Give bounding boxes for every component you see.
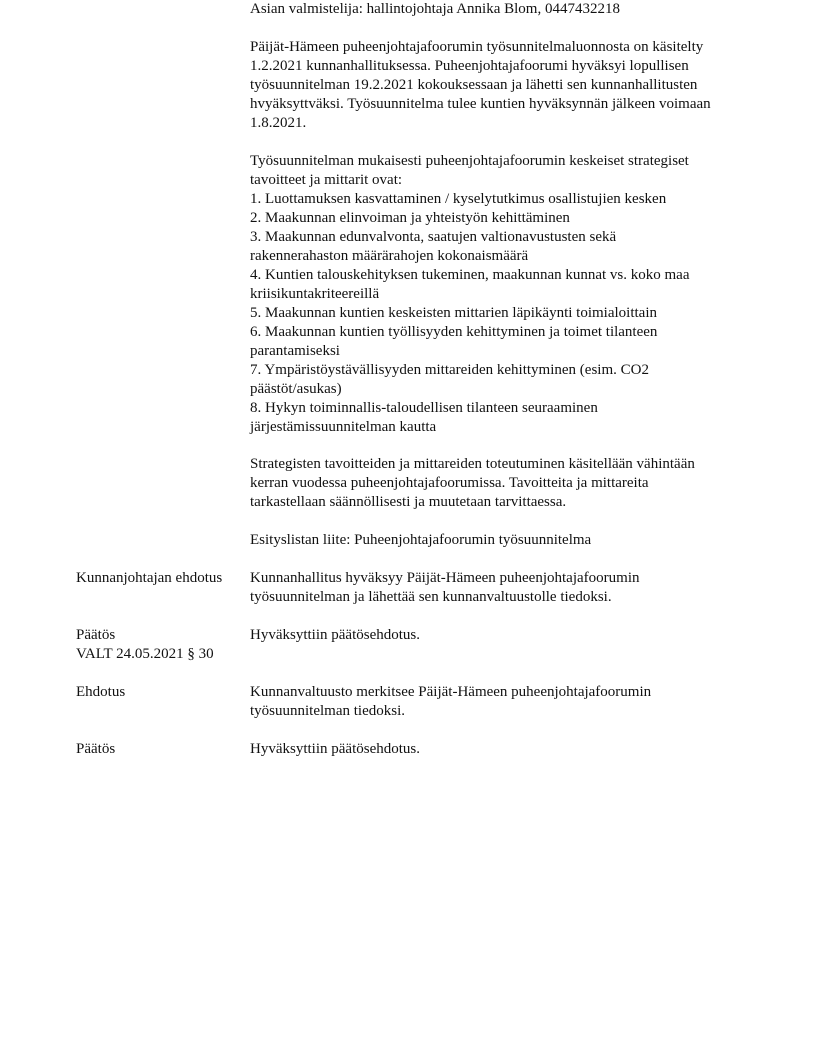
goals-intro-line: tavoitteet ja mittarit ovat: (250, 171, 750, 190)
section-line: työsuunnitelman ja lähettää sen kunnanva… (250, 588, 750, 607)
goal-item-7: 7. Ympäristöystävällisyyden mittareiden … (250, 361, 750, 380)
goal-item-7-cont: päästöt/asukas) (250, 380, 750, 399)
goals-section: Työsuunnitelman mukaisesti puheenjohtaja… (250, 152, 750, 437)
goal-item-3-cont: rakennerahaston määrärahojen kokonaismää… (250, 247, 750, 266)
review-line: kerran vuodessa puheenjohtajafoorumissa.… (250, 474, 750, 493)
section-line: Hyväksyttiin päätösehdotus. (250, 740, 750, 759)
label-line: Ehdotus (76, 683, 125, 702)
goal-item-2: 2. Maakunnan elinvoiman ja yhteistyön ke… (250, 209, 750, 228)
review-paragraph: Strategisten tavoitteiden ja mittareiden… (250, 455, 750, 512)
section-text-mayor-proposal: Kunnanhallitus hyväksyy Päijät-Hämeen pu… (250, 569, 750, 607)
intro-line: 1.8.2021. (250, 114, 750, 133)
attachment-text: Esityslistan liite: Puheenjohtajafoorumi… (250, 531, 750, 550)
intro-line: 1.2.2021 kunnanhallituksessa. Puheenjoht… (250, 57, 750, 76)
label-line: Päätös (76, 626, 214, 645)
label-line: Päätös (76, 740, 115, 759)
label-line: Kunnanjohtajan ehdotus (76, 569, 222, 588)
section-label-proposal: Ehdotus (76, 683, 125, 702)
intro-paragraph: Päijät-Hämeen puheenjohtajafoorumin työs… (250, 38, 750, 133)
section-text-decision-1: Hyväksyttiin päätösehdotus. (250, 626, 750, 645)
section-label-decision-1: Päätös VALT 24.05.2021 § 30 (76, 626, 214, 664)
goal-item-8-cont: järjestämissuunnitelman kautta (250, 418, 750, 437)
attachment-line: Esityslistan liite: Puheenjohtajafoorumi… (250, 531, 750, 550)
goal-item-6: 6. Maakunnan kuntien työllisyyden kehitt… (250, 323, 750, 342)
section-line: Hyväksyttiin päätösehdotus. (250, 626, 750, 645)
goal-item-8: 8. Hykyn toiminnallis-taloudellisen tila… (250, 399, 750, 418)
section-line: työsuunnitelman tiedoksi. (250, 702, 750, 721)
document-page: Asian valmistelija: hallintojohtaja Anni… (0, 0, 816, 1056)
section-label-mayor-proposal: Kunnanjohtajan ehdotus (76, 569, 222, 588)
intro-line: hvyäksyttväksi. Työsuunnitelma tulee kun… (250, 95, 750, 114)
preparer-text: Asian valmistelija: hallintojohtaja Anni… (250, 0, 750, 19)
review-line: tarkastellaan säännöllisesti ja muutetaa… (250, 493, 750, 512)
goal-item-4-cont: kriisikuntakriteereillä (250, 285, 750, 304)
label-line: VALT 24.05.2021 § 30 (76, 645, 214, 664)
section-line: Kunnanvaltuusto merkitsee Päijät-Hämeen … (250, 683, 750, 702)
goals-intro-line: Työsuunnitelman mukaisesti puheenjohtaja… (250, 152, 750, 171)
section-line: Kunnanhallitus hyväksyy Päijät-Hämeen pu… (250, 569, 750, 588)
section-text-decision-2: Hyväksyttiin päätösehdotus. (250, 740, 750, 759)
review-line: Strategisten tavoitteiden ja mittareiden… (250, 455, 750, 474)
preparer-line: Asian valmistelija: hallintojohtaja Anni… (250, 0, 750, 19)
goal-item-5: 5. Maakunnan kuntien keskeisten mittarie… (250, 304, 750, 323)
goal-item-1: 1. Luottamuksen kasvattaminen / kyselytu… (250, 190, 750, 209)
section-text-proposal: Kunnanvaltuusto merkitsee Päijät-Hämeen … (250, 683, 750, 721)
goal-item-3: 3. Maakunnan edunvalvonta, saatujen valt… (250, 228, 750, 247)
intro-line: Päijät-Hämeen puheenjohtajafoorumin työs… (250, 38, 750, 57)
intro-line: työsuunnitelman 19.2.2021 kokouksessaan … (250, 76, 750, 95)
section-label-decision-2: Päätös (76, 740, 115, 759)
goal-item-4: 4. Kuntien talouskehityksen tukeminen, m… (250, 266, 750, 285)
goal-item-6-cont: parantamiseksi (250, 342, 750, 361)
